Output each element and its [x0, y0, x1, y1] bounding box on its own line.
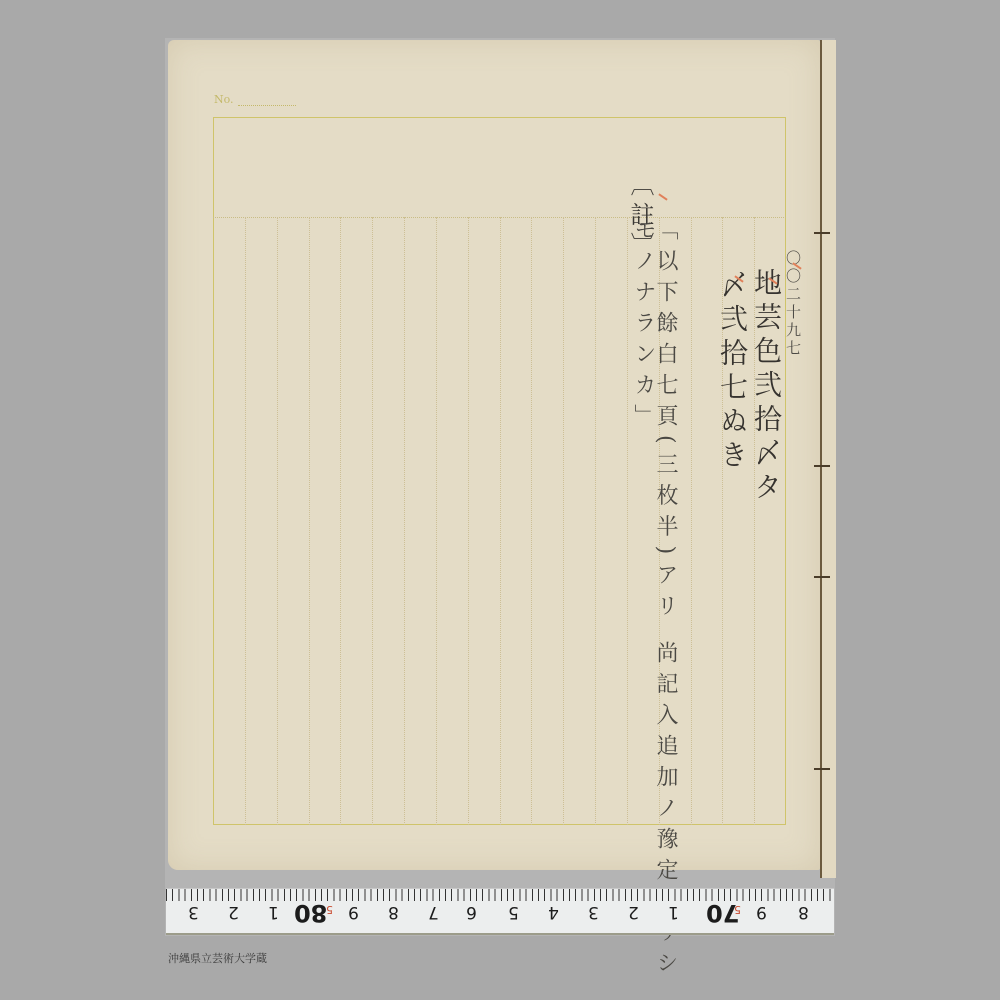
binding-stitch [814, 465, 830, 467]
column-guide [436, 217, 437, 825]
column-guide [500, 217, 501, 825]
ruler-number: 2 [228, 902, 239, 922]
column-guide [404, 217, 405, 825]
ruler-number: 1 [668, 902, 679, 922]
column-guide [372, 217, 373, 825]
ruler-number: 5 [734, 903, 741, 916]
ruler-number: 9 [756, 902, 767, 922]
ruler-number: 4 [548, 902, 559, 922]
column-guide [309, 217, 310, 825]
column-guide [627, 217, 628, 825]
ruler-number: 3 [188, 902, 199, 922]
collection-credit: 沖縄県立芸術大学蔵 [168, 950, 267, 966]
ruler-number: 1 [268, 902, 279, 922]
ruler-number: 2 [628, 902, 639, 922]
measuring-tape: 32180598765432170598 [166, 888, 834, 935]
column-guide [691, 217, 692, 825]
column-guide [468, 217, 469, 825]
binding-stitch [814, 768, 830, 770]
column-guide [277, 217, 278, 825]
page-number-line [238, 105, 296, 106]
ruler-number: 3 [588, 902, 599, 922]
column-guide [563, 217, 564, 825]
note-body: 「以下餘白七頁(三枚半)アリ 尚記入追加ノ豫定ナリシモノナランカ」 [632, 218, 676, 1000]
binding-edge [820, 40, 836, 878]
ruler-number: 80 [294, 899, 327, 927]
page-number-label: No. [214, 93, 234, 106]
ruler-number: 7 [428, 902, 439, 922]
ruler-number: 8 [798, 902, 809, 922]
column-guide [340, 217, 341, 825]
binding-stitch [814, 576, 830, 578]
ruler-number: 6 [466, 902, 477, 922]
ruler-number: 8 [388, 902, 399, 922]
column-guide [595, 217, 596, 825]
ruler-number: 5 [508, 902, 519, 922]
column-guide [245, 217, 246, 825]
binding-stitch [814, 232, 830, 234]
ruler-number: 5 [326, 903, 333, 916]
column-guide [531, 217, 532, 825]
entry-line-2: 〆弐拾七ぬき [718, 270, 746, 474]
ruler-number: 9 [348, 902, 359, 922]
entry-line-1: 地芸色弐拾〆タ [752, 268, 780, 506]
